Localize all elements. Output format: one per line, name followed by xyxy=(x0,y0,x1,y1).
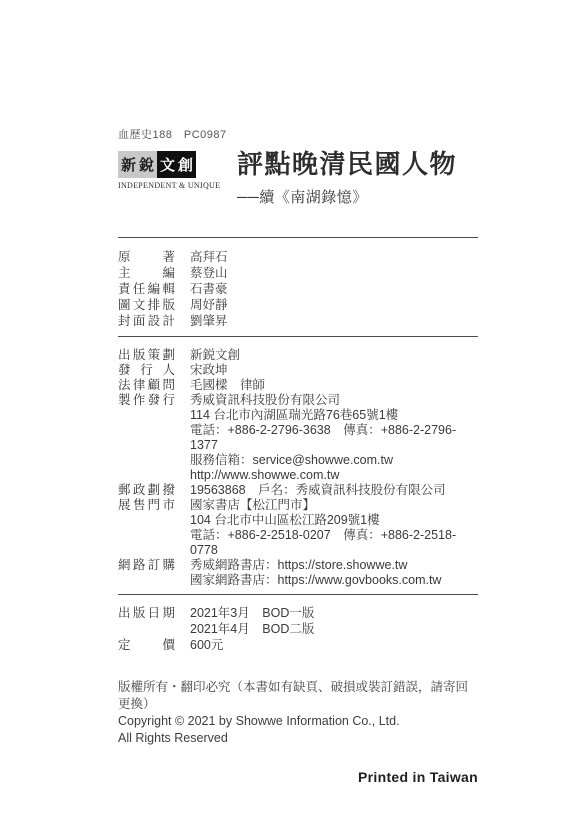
field-value: 高拜石 xyxy=(190,249,228,265)
publication-section: 出版策劃 新鋭文創 發行人 宋政坤 法律顧問 毛國樑 律師 製作發行 秀威資訊科… xyxy=(118,348,478,588)
copyright-notice: 版權所有・翻印必究（本書如有缺頁、破損或裝訂錯誤，請寄回更換） xyxy=(118,679,478,713)
publication-row: 展售門市 國家書店【松江門市】 104 台北市中山區松江路209號1樓 電話：+… xyxy=(118,498,478,558)
edition-row: 定價 600元 xyxy=(118,637,478,653)
logo-tagline: INDEPENDENT & UNIQUE xyxy=(118,181,196,190)
rights-line: All Rights Reserved xyxy=(118,730,478,747)
credit-row: 主編 蔡登山 xyxy=(118,265,478,281)
book-title: 評點晚清民國人物 xyxy=(237,151,457,178)
field-label: 展售門市 xyxy=(118,498,175,558)
publication-row: 發行人 宋政坤 xyxy=(118,363,478,378)
logo-text-right: 文創 xyxy=(157,151,196,178)
credit-row: 封面設計 劉肇昇 xyxy=(118,313,478,329)
field-label: 出版日期 xyxy=(118,605,175,637)
copyright-section: 版權所有・翻印必究（本書如有缺頁、破損或裝訂錯誤，請寄回更換） Copyrigh… xyxy=(118,679,478,747)
series-code: 血歷史188 PC0987 xyxy=(118,126,478,142)
field-value: 600元 xyxy=(190,637,223,653)
field-label: 法律顧問 xyxy=(118,378,175,393)
divider xyxy=(118,336,478,337)
field-label: 封面設計 xyxy=(118,313,175,329)
field-label: 定價 xyxy=(118,637,175,653)
divider xyxy=(118,594,478,595)
publication-row: 製作發行 秀威資訊科技股份有限公司 114 台北市內湖區瑞光路76巷65號1樓 … xyxy=(118,393,478,483)
field-value: 秀威資訊科技股份有限公司 114 台北市內湖區瑞光路76巷65號1樓 電話：+8… xyxy=(190,393,478,483)
field-value: 宋政坤 xyxy=(190,363,228,378)
field-value: 2021年3月 BOD一版 2021年4月 BOD二版 xyxy=(190,605,314,637)
title-block: 評點晚清民國人物 ──續《南湖錄憶》 xyxy=(237,151,457,207)
field-label: 郵政劃撥 xyxy=(118,483,175,498)
credits-section: 原著 高拜石 主編 蔡登山 責任編輯 石書豪 圖文排版 周妤靜 封面設計 劉肇昇 xyxy=(118,249,478,329)
publisher-logo: 新銳 文創 INDEPENDENT & UNIQUE xyxy=(118,151,196,190)
field-value: 秀威網路書店：https://store.showwe.tw 國家網路書店：ht… xyxy=(190,558,441,588)
field-value: 石書豪 xyxy=(190,281,228,297)
logo-text-left: 新銳 xyxy=(118,151,157,178)
field-value: 19563868 戶名：秀威資訊科技股份有限公司 xyxy=(190,483,446,498)
colophon-page: 血歷史188 PC0987 新銳 文創 INDEPENDENT & UNIQUE… xyxy=(0,0,576,828)
field-label: 網路訂購 xyxy=(118,558,175,588)
printed-in-taiwan: Printed in Taiwan xyxy=(118,769,478,785)
field-label: 出版策劃 xyxy=(118,348,175,363)
field-label: 主編 xyxy=(118,265,175,281)
header: 新銳 文創 INDEPENDENT & UNIQUE 評點晚清民國人物 ──續《… xyxy=(118,151,478,207)
field-label: 責任編輯 xyxy=(118,281,175,297)
credit-row: 原著 高拜石 xyxy=(118,249,478,265)
divider xyxy=(118,237,478,238)
publication-row: 郵政劃撥 19563868 戶名：秀威資訊科技股份有限公司 xyxy=(118,483,478,498)
publication-row: 法律顧問 毛國樑 律師 xyxy=(118,378,478,393)
publication-row: 網路訂購 秀威網路書店：https://store.showwe.tw 國家網路… xyxy=(118,558,478,588)
field-label: 製作發行 xyxy=(118,393,175,483)
credit-row: 圖文排版 周妤靜 xyxy=(118,297,478,313)
field-label: 發行人 xyxy=(118,363,175,378)
book-subtitle: ──續《南湖錄憶》 xyxy=(237,186,457,207)
field-value: 劉肇昇 xyxy=(190,313,228,329)
field-value: 蔡登山 xyxy=(190,265,228,281)
field-label: 圖文排版 xyxy=(118,297,175,313)
field-label: 原著 xyxy=(118,249,175,265)
edition-row: 出版日期 2021年3月 BOD一版 2021年4月 BOD二版 xyxy=(118,605,478,637)
publisher-logo-badge: 新銳 文創 xyxy=(118,151,196,178)
field-value: 新鋭文創 xyxy=(190,348,240,363)
publication-row: 出版策劃 新鋭文創 xyxy=(118,348,478,363)
field-value: 國家書店【松江門市】 104 台北市中山區松江路209號1樓 電話：+886-2… xyxy=(190,498,478,558)
field-value: 周妤靜 xyxy=(190,297,228,313)
edition-section: 出版日期 2021年3月 BOD一版 2021年4月 BOD二版 定價 600元 xyxy=(118,605,478,653)
credit-row: 責任編輯 石書豪 xyxy=(118,281,478,297)
field-value: 毛國樑 律師 xyxy=(190,378,265,393)
copyright-line: Copyright © 2021 by Showwe Information C… xyxy=(118,713,478,730)
